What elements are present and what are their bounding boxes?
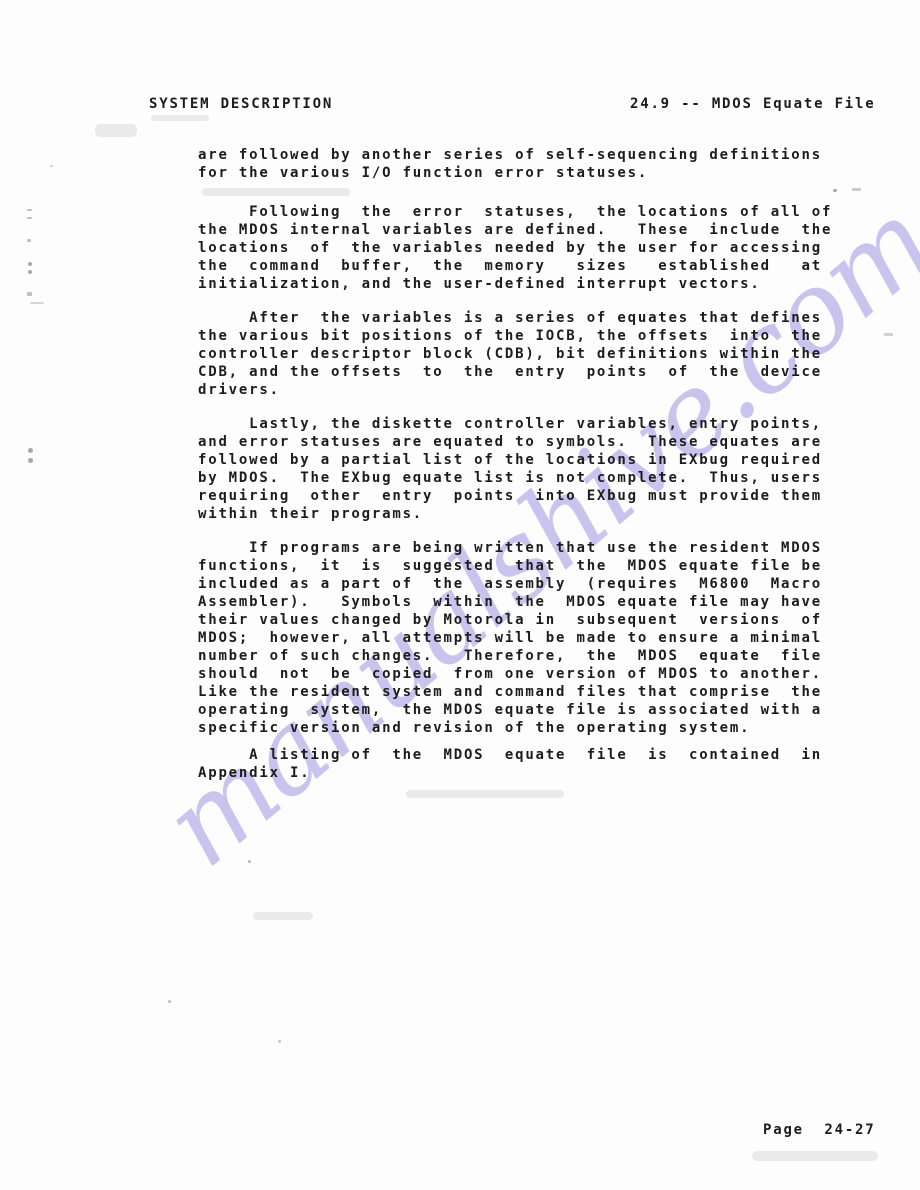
scan-artifact	[248, 860, 251, 863]
scan-smudge	[151, 115, 209, 121]
scan-smudge	[752, 1151, 878, 1161]
scan-artifact	[27, 292, 32, 296]
scan-smudge	[406, 790, 564, 798]
scan-artifact	[852, 188, 861, 191]
scan-artifact	[278, 1040, 281, 1043]
page-number: Page 24-27	[763, 1121, 876, 1139]
scan-smudge	[95, 124, 137, 137]
body-paragraph-2: Following the error statuses, the locati…	[198, 203, 832, 293]
body-paragraph-1: are followed by another series of self-s…	[198, 146, 822, 182]
scan-artifact	[168, 1000, 171, 1003]
body-paragraph-4: Lastly, the diskette controller variable…	[198, 415, 822, 523]
body-paragraph-3: After the variables is a series of equat…	[198, 309, 822, 399]
page-header-section-title: SYSTEM DESCRIPTION	[149, 95, 333, 113]
scan-artifact	[28, 458, 33, 463]
scan-artifact	[30, 302, 44, 304]
body-paragraph-5: If programs are being written that use t…	[198, 539, 822, 737]
scan-artifact	[884, 333, 893, 336]
scan-artifact	[27, 217, 32, 219]
scan-smudge	[253, 912, 313, 920]
scan-artifact	[27, 239, 31, 242]
body-paragraph-6: A listing of the MDOS equate file is con…	[198, 746, 822, 782]
scan-artifact	[27, 209, 32, 211]
page-header-chapter-title: 24.9 -- MDOS Equate File	[630, 95, 876, 113]
scan-artifact	[28, 262, 32, 266]
scanned-manual-page: manualshive.com SYSTEM DESCRIPTION 24.9 …	[0, 0, 920, 1190]
scan-artifact	[28, 270, 32, 274]
scan-artifact	[50, 165, 53, 167]
scan-artifact	[833, 189, 837, 192]
scan-artifact	[28, 448, 33, 453]
scan-smudge	[202, 188, 350, 196]
